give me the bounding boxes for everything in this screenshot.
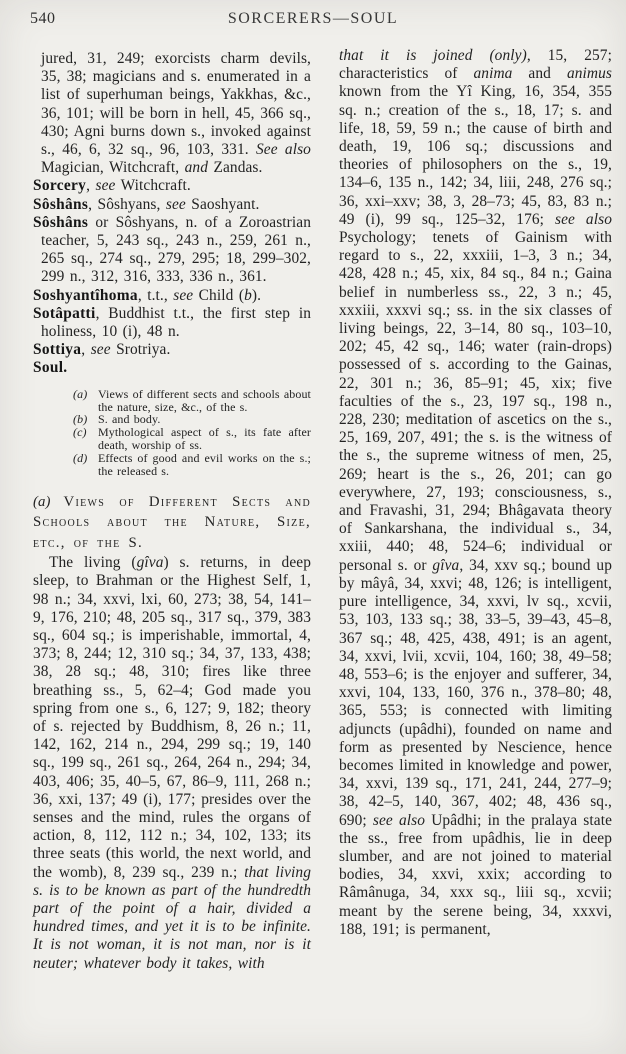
index-entry-soshans-teacher: Sôshâns or Sôshyans, n. of a Zoroastrian… (33, 214, 311, 287)
outline-text: Mythological aspect of s., its fate afte… (98, 426, 311, 452)
right-column: that it is joined (only), 15, 257; chara… (331, 47, 612, 939)
index-entry-soshyantihoma: Soshyantîhoma, t.t., see Child (b). (33, 287, 311, 305)
index-entry-soshans-see: Sôshâns, Sôshyans, see Saoshyant. (33, 196, 311, 214)
soul-outline-item-a: (a) Views of different sects and schools… (73, 388, 311, 414)
running-header-row: 540 SORCERERS—SOUL (0, 10, 626, 34)
index-entry-sorcery: Sorcery, see Witchcraft. (33, 177, 311, 195)
index-entry-sottiya: Sottiya, see Srotriya. (33, 341, 311, 359)
outline-text: Views of different sects and schools abo… (98, 388, 311, 414)
index-entry-sorcerers-continuation: jured, 31, 249; exorcists charm devils, … (33, 50, 311, 177)
running-header: SORCERERS—SOUL (0, 10, 626, 28)
soul-outline-item-d: (d) Effects of good and evil works on th… (73, 452, 311, 478)
outline-text: Effects of good and evil works on the s.… (98, 452, 311, 478)
book-page: 540 SORCERERS—SOUL jured, 31, 249; exorc… (0, 0, 626, 1054)
soul-opening-paragraph: The living (gîva) s. returns, in deep sl… (33, 554, 311, 973)
soul-outline-item-c: (c) Mythological aspect of s., its fate … (73, 426, 311, 452)
section-heading-a: (a) Views of Different Sects and Schools… (33, 492, 311, 553)
outline-label: (d) (73, 452, 98, 478)
soul-outline-list: (a) Views of different sects and schools… (73, 388, 311, 478)
outline-label: (a) (73, 388, 98, 414)
index-entry-soul: Soul. (33, 359, 311, 377)
index-entry-sotapatti: Sotâpatti, Buddhist t.t., the first step… (33, 305, 311, 341)
left-column: jured, 31, 249; exorcists charm devils, … (33, 50, 311, 973)
soul-paragraph-continued: that it is joined (only), 15, 257; chara… (331, 47, 612, 939)
outline-label: (c) (73, 426, 98, 452)
